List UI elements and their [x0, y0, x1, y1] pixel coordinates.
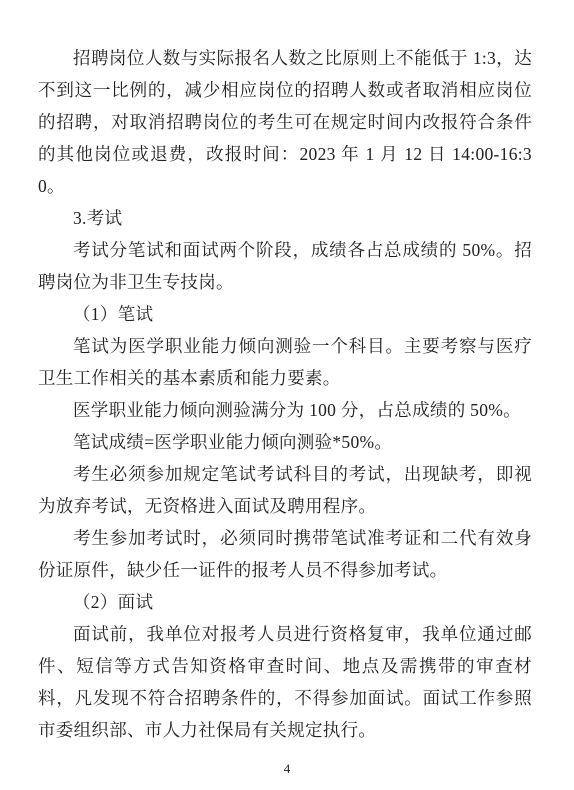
- paragraph-written-test-score-weight: 医学职业能力倾向测验满分为 100 分，占总成绩的 50%。: [38, 394, 532, 426]
- heading-exam-section: 3.考试: [38, 202, 532, 234]
- paragraph-ratio-rule: 招聘岗位人数与实际报名人数之比原则上不能低于 1:3，达不到这一比例的，减少相应…: [38, 42, 532, 202]
- heading-interview: （2）面试: [38, 586, 532, 618]
- page-footer: 4: [0, 760, 574, 778]
- document-body: 招聘岗位人数与实际报名人数之比原则上不能低于 1:3，达不到这一比例的，减少相应…: [38, 42, 532, 746]
- paragraph-id-requirement: 考生参加考试时，必须同时携带笔试准考证和二代有效身份证原件，缺少任一证件的报考人…: [38, 522, 532, 586]
- paragraph-exam-overview: 考试分笔试和面试两个阶段，成绩各占总成绩的 50%。招聘岗位为非卫生专技岗。: [38, 234, 532, 298]
- page-number: 4: [284, 761, 291, 776]
- paragraph-interview-review: 面试前，我单位对报考人员进行资格复审，我单位通过邮件、短信等方式告知资格审查时间…: [38, 618, 532, 746]
- paragraph-written-test-subject: 笔试为医学职业能力倾向测验一个科目。主要考察与医疗卫生工作相关的基本素质和能力要…: [38, 330, 532, 394]
- paragraph-written-test-formula: 笔试成绩=医学职业能力倾向测验*50%。: [38, 426, 532, 458]
- paragraph-absence-rule: 考生必须参加规定笔试考试科目的考试，出现缺考，即视为放弃考试，无资格进入面试及聘…: [38, 458, 532, 522]
- document-page: 招聘岗位人数与实际报名人数之比原则上不能低于 1:3，达不到这一比例的，减少相应…: [0, 0, 574, 790]
- heading-written-test: （1）笔试: [38, 298, 532, 330]
